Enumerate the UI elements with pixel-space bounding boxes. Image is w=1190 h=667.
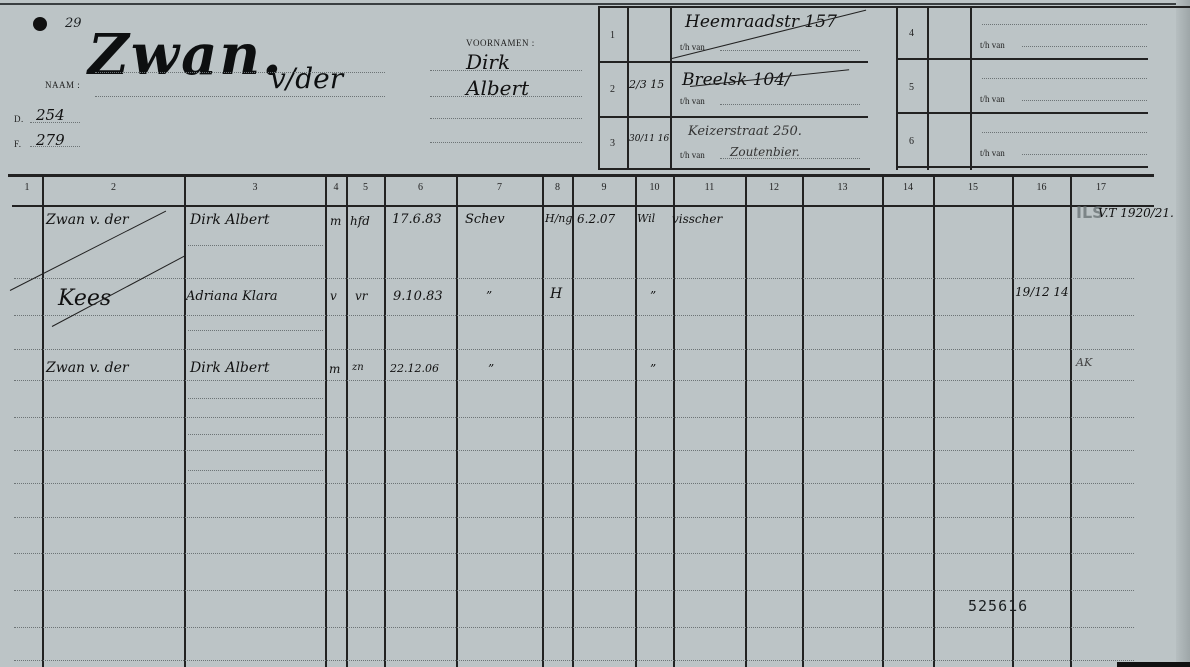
col-header-14: 14 [883, 182, 933, 193]
col-header-4: 4 [326, 182, 346, 193]
th-van-label-3: t/h van [680, 150, 705, 160]
th-van-dotline [1022, 46, 1147, 47]
cell-birthplace: ” [488, 362, 494, 376]
th-van-dotline [720, 50, 860, 51]
th-van-label-1: t/h van [680, 42, 705, 52]
cell-religion: H [550, 286, 562, 302]
address-street-3: Keizerstraat 250. [688, 124, 802, 139]
cell-sex: m [329, 362, 340, 376]
col-header-15: 15 [934, 182, 1012, 193]
punch-hole-icon [33, 17, 47, 31]
top-border [0, 3, 1180, 5]
naam-dotline [95, 96, 385, 97]
col-header-9: 9 [573, 182, 635, 193]
th-van-dotline [720, 158, 860, 159]
th-van-dotline [1022, 100, 1147, 101]
cell-occupation: visscher [672, 212, 722, 226]
scan-edge [1117, 662, 1190, 667]
th-van-label-4: t/h van [980, 40, 1005, 50]
archive-number: 525616 [968, 597, 1028, 615]
voornamen-dotline [430, 142, 582, 143]
address-num-4: 4 [896, 28, 927, 39]
col-header-10: 10 [636, 182, 673, 193]
cell-departure-date: 19/12 14 [1015, 285, 1069, 299]
th-van-label-6: t/h van [980, 148, 1005, 158]
cell-surname: Zwan v. der [46, 212, 129, 228]
col-header-3: 3 [185, 182, 325, 193]
th-van-label-2: t/h van [680, 96, 705, 106]
th-van-label-5: t/h van [980, 94, 1005, 104]
d-dotline [30, 122, 80, 123]
address-street-2: Breelsk 104/ [682, 70, 791, 90]
address-date-2: 2/3 15 [629, 78, 664, 91]
card-edge [1176, 0, 1190, 667]
f-label: F. [14, 139, 22, 149]
col-header-7: 7 [457, 182, 542, 193]
address-num-3: 3 [598, 138, 627, 149]
cell-firstnames: Dirk Albert [190, 360, 269, 376]
col-header-17: 17 [1071, 182, 1131, 193]
cell-relation: zn [352, 362, 364, 373]
voornamen-dotline [430, 96, 582, 97]
address-num-6: 6 [896, 136, 927, 147]
col-header-13: 13 [803, 182, 882, 193]
street-dotline [982, 24, 1147, 25]
cell-sex: m [330, 214, 341, 228]
cell-surname: Zwan v. der [46, 360, 129, 376]
cell-status: Wil [637, 212, 655, 225]
voornamen-dotline [430, 118, 582, 119]
col-header-1: 1 [12, 182, 42, 193]
cell-status: ” [650, 362, 656, 376]
cell-firstnames: Adriana Klara [186, 289, 278, 304]
cell-firstnames: Dirk Albert [190, 212, 269, 228]
col-header-6: 6 [385, 182, 456, 193]
col-header-2: 2 [43, 182, 184, 193]
cell-birthplace: ” [486, 289, 492, 303]
address-num-1: 1 [598, 30, 627, 41]
voornamen-dotline [430, 70, 582, 71]
cell-sex: v [330, 289, 337, 303]
col-header-16: 16 [1013, 182, 1070, 193]
col-header-11: 11 [674, 182, 745, 193]
registration-card: 29 NAAM : Zwan. v/der D. 254 F. 279 VOOR… [0, 0, 1190, 667]
surname-prefix: v/der [270, 62, 343, 95]
cell-birthdate: 17.6.83 [392, 212, 442, 227]
address-num-2: 2 [598, 84, 627, 95]
cell-birthdate: 9.10.83 [393, 289, 443, 304]
address-num-5: 5 [896, 82, 927, 93]
cell-date: 6.2.07 [577, 212, 615, 226]
col-header-12: 12 [746, 182, 802, 193]
address-date-3: 30/11 16 [629, 134, 669, 144]
address-th-van-3: Zoutenbier. [730, 145, 800, 159]
surname: Zwan. [88, 22, 284, 88]
cell-religion: H/ng [545, 212, 572, 225]
cell-birthdate: 22.12.06 [390, 362, 439, 375]
corner-mark: 29 [65, 16, 82, 31]
th-van-dotline [1022, 154, 1147, 155]
street-dotline [982, 78, 1147, 79]
cell-relation: vr [355, 289, 368, 303]
street-dotline [982, 132, 1147, 133]
f-dotline [30, 146, 80, 147]
cell-birthplace: Schev [465, 212, 505, 227]
th-van-dotline [720, 104, 860, 105]
voornamen-label: VOORNAMEN : [466, 38, 535, 48]
cell-status: ” [650, 289, 656, 303]
col-header-5: 5 [347, 182, 384, 193]
cell-remarks: V.T 1920/21. [1098, 206, 1174, 220]
cell-relation: hfd [350, 214, 370, 228]
cell-remarks: AK [1076, 356, 1092, 369]
d-label: D. [14, 114, 24, 124]
naam-dotline [95, 72, 385, 73]
col-header-8: 8 [543, 182, 572, 193]
naam-label: NAAM : [45, 80, 80, 90]
